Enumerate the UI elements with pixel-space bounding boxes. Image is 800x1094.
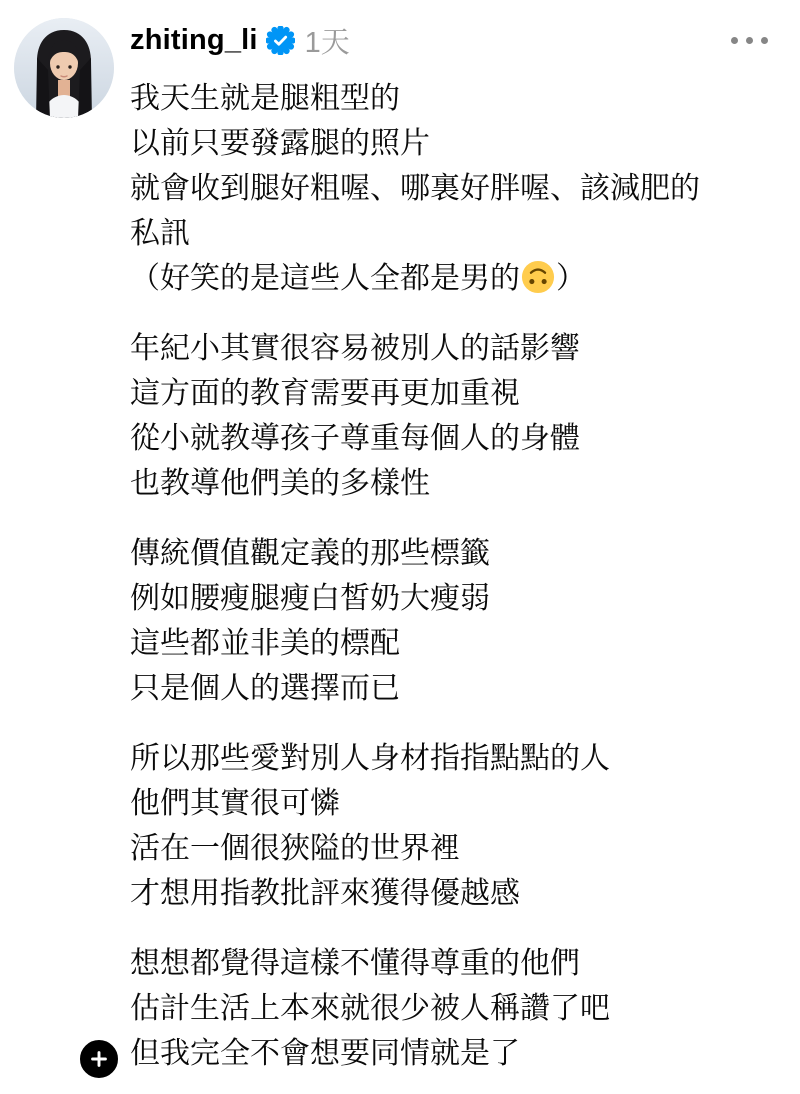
post-text-line: 我天生就是腿粗型的 — [130, 76, 770, 121]
post-text-line: 只是個人的選擇而已 — [130, 666, 770, 711]
post-text-line: 他們其實很可憐 — [130, 781, 770, 826]
post-text-line: 從小就教導孩子尊重每個人的身體 — [130, 416, 770, 461]
post-text-line: 以前只要發露腿的照片 — [130, 121, 770, 166]
avatar[interactable] — [14, 18, 114, 118]
post-paragraph: 傳統價值觀定義的那些標籤 例如腰瘦腿瘦白皙奶大瘦弱 這些都並非美的標配 只是個人… — [130, 531, 770, 711]
post-header: zhiting_li 1天 — [130, 20, 770, 60]
post-text-line: 活在一個很狹隘的世界裡 — [130, 826, 770, 871]
post-text-line: 就會收到腿好粗喔、哪裏好胖喔、該減肥的 — [130, 166, 770, 211]
username[interactable]: zhiting_li — [130, 24, 258, 57]
post-text-line: 這些都並非美的標配 — [130, 621, 770, 666]
post-text-line: 但我完全不會想要同情就是了 — [130, 1031, 770, 1076]
upside-down-face-emoji-icon — [521, 260, 555, 294]
post-text-line: 傳統價值觀定義的那些標籤 — [130, 531, 770, 576]
post-paragraph: 年紀小其實很容易被別人的話影響 這方面的教育需要再更加重視 從小就教導孩子尊重每… — [130, 326, 770, 506]
post-text-line: 例如腰瘦腿瘦白皙奶大瘦弱 — [130, 576, 770, 621]
follow-button[interactable] — [77, 1037, 121, 1081]
post-text-line: 所以那些愛對別人身材指指點點的人 — [130, 736, 770, 781]
post-paragraph: 想想都覺得這樣不懂得尊重的他們 估計生活上本來就很少被人稱讚了吧 但我完全不會想… — [130, 941, 770, 1076]
post-text-line: 這方面的教育需要再更加重視 — [130, 371, 770, 416]
post-text-line: 才想用指教批評來獲得優越感 — [130, 871, 770, 916]
verified-badge-icon — [266, 26, 295, 55]
post-text-line: （好笑的是這些人全都是男的） — [130, 256, 770, 301]
post-text-line: 私訊 — [130, 211, 770, 256]
avatar-column — [14, 18, 114, 1076]
post-content: zhiting_li 1天 — [130, 18, 770, 1076]
three-dots-menu-icon — [731, 37, 738, 44]
timestamp: 1天 — [305, 20, 350, 61]
post-paragraph: 我天生就是腿粗型的 以前只要發露腿的照片 就會收到腿好粗喔、哪裏好胖喔、該減肥的… — [130, 76, 770, 301]
post-text-line: 年紀小其實很容易被別人的話影響 — [130, 326, 770, 371]
more-options-button[interactable] — [729, 31, 770, 50]
emoji-line-post: ） — [556, 262, 586, 295]
plus-icon — [88, 1048, 110, 1070]
post-card: zhiting_li 1天 — [0, 0, 800, 1076]
emoji-line-pre: （好笑的是這些人全都是男的 — [130, 262, 520, 295]
post-body: 我天生就是腿粗型的 以前只要發露腿的照片 就會收到腿好粗喔、哪裏好胖喔、該減肥的… — [130, 76, 770, 1076]
avatar-illustration — [14, 18, 114, 118]
post-text-line: 想想都覺得這樣不懂得尊重的他們 — [130, 941, 770, 986]
post-paragraph: 所以那些愛對別人身材指指點點的人 他們其實很可憐 活在一個很狹隘的世界裡 才想用… — [130, 736, 770, 916]
post-text-line: 也教導他們美的多樣性 — [130, 461, 770, 506]
post-text-line: 估計生活上本來就很少被人稱讚了吧 — [130, 986, 770, 1031]
